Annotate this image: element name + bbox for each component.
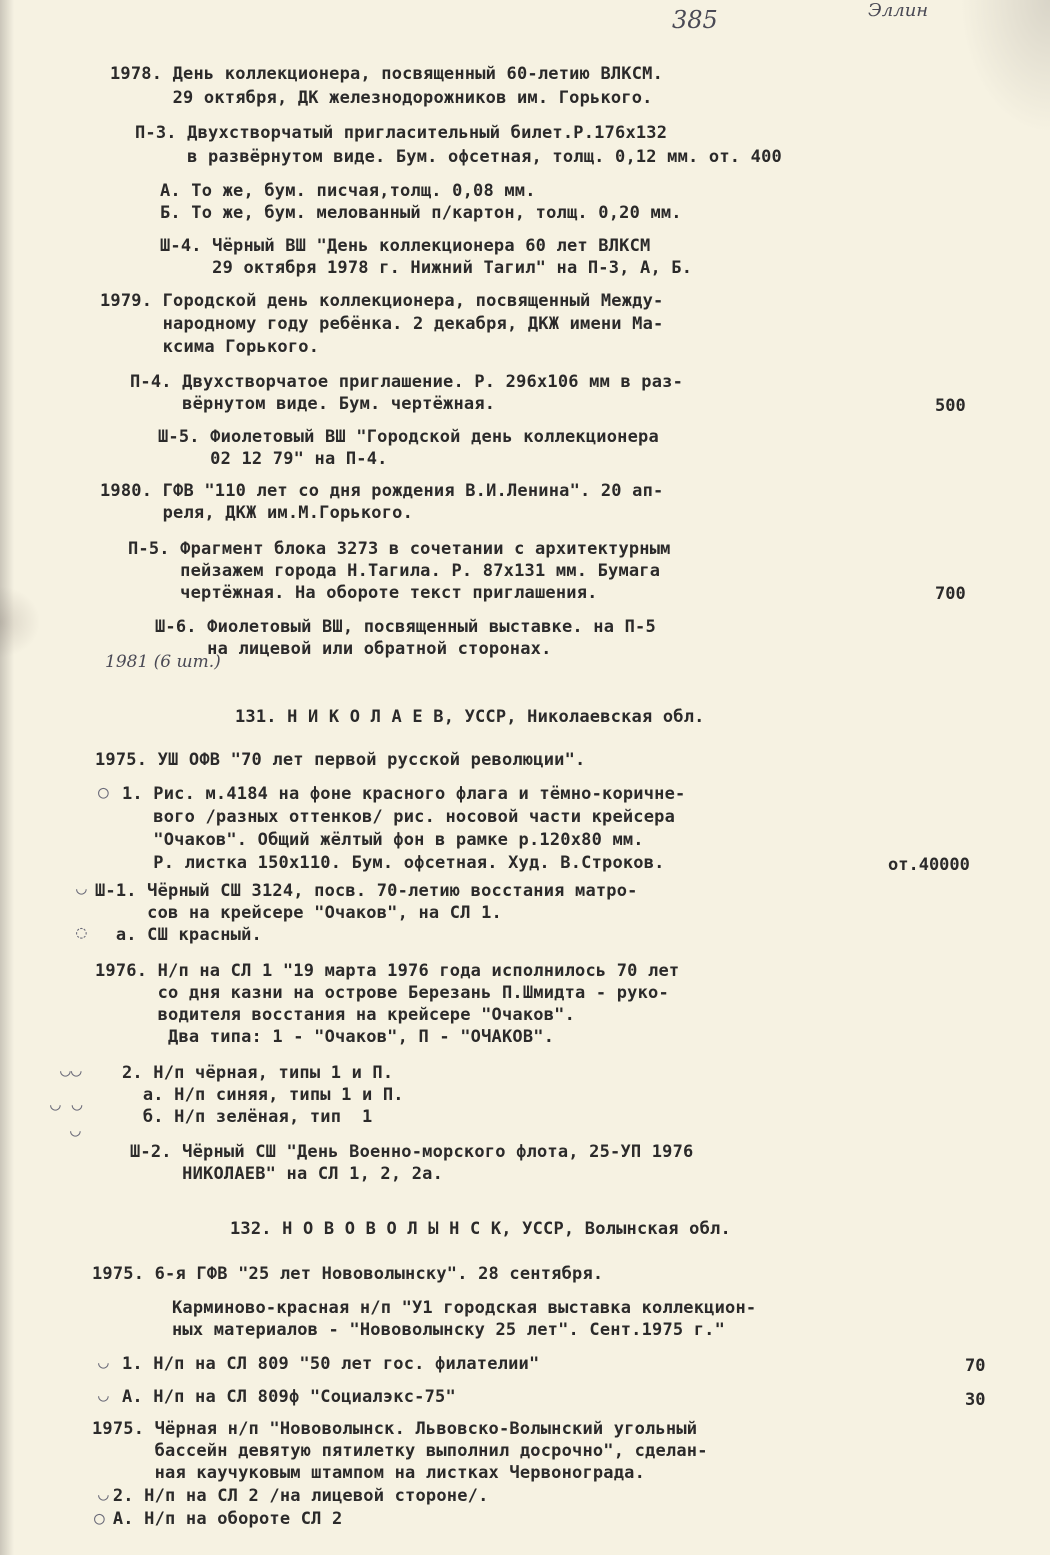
entry-np-2: 2. Н/п на СЛ 2 /на лицевой стороне/. (92, 1485, 489, 1507)
entry-p3-line1: П-3. Двухстворчатый пригласительный биле… (135, 122, 667, 144)
price-p5: 700 (935, 584, 966, 604)
entry-sh6-line1: Ш-6. Фиолетовый ВШ, посвященный выставке… (155, 616, 656, 638)
price-entry-1: от.40000 (888, 855, 970, 875)
entry-1980-line1: 1980. ГФВ "110 лет со дня рождения В.И.Л… (100, 480, 663, 502)
pencil-circle-mark: ○ (98, 782, 109, 803)
entry-carmine-line1: Карминово-красная н/п "У1 городская выст… (172, 1297, 756, 1319)
entry-1-line1: 1. Рис. м.4184 на фоне красного флага и … (122, 783, 685, 805)
entry-1-line3: "Очаков". Общий жёлтый фон в рамке р.120… (122, 829, 644, 851)
entry-sh4-line2: 29 октября 1978 г. Нижний Тагил" на П-3,… (160, 257, 692, 279)
handwritten-note: Эллин (868, 0, 928, 21)
entry-1979-line2: народному году ребёнка. 2 декабря, ДКЖ и… (100, 313, 663, 335)
entry-1975-black-line1: 1975. Чёрная н/п "Нововолынск. Львовско-… (92, 1418, 697, 1440)
section-heading-131: 131. Н И К О Л А Е В, УССР, Николаевская… (235, 706, 705, 728)
entry-1976-line1: 1976. Н/п на СЛ 1 "19 марта 1976 года ис… (95, 960, 679, 982)
entry-np-1: 1. Н/п на СЛ 809 "50 лет гос. филателии" (122, 1353, 539, 1375)
pencil-circle-mark: ◡ (98, 1385, 109, 1406)
pencil-circle-mark: ◌ (76, 922, 87, 943)
entry-sh1-a: а. СШ красный. (95, 924, 262, 946)
entry-1-line2: вого /разных оттенков/ рис. носовой част… (122, 806, 675, 828)
entry-p3-line2: в развёрнутом виде. Бум. офсетная, толщ.… (135, 146, 782, 168)
entry-np-a: А. Н/п на СЛ 809ф "Социалэкс-75" (122, 1386, 456, 1408)
entry-1975-black-line3: ная каучуковым штампом на листках Червон… (92, 1462, 645, 1484)
entry-sh1-line2: сов на крейсере "Очаков", на СЛ 1. (95, 902, 502, 924)
entry-a-line: А. То же, бум. писчая,толщ. 0,08 мм. (160, 180, 536, 202)
entry-1976-line3: водителя восстания на крейсере "Очаков". (95, 1004, 575, 1026)
entry-1976-line2: со дня казни на острове Березань П.Шмидт… (95, 982, 669, 1004)
scan-edge-shadow (0, 0, 14, 1555)
pencil-circle-mark: ◡◡ (60, 1060, 82, 1081)
entry-sh4-line1: Ш-4. Чёрный ВШ "День коллекционера 60 ле… (160, 235, 650, 257)
entry-1976-line4: Два типа: 1 - "Очаков", П - "ОЧАКОВ". (95, 1026, 554, 1048)
pencil-circle-mark: ◡ (76, 878, 87, 899)
entry-p4-line1: П-4. Двухстворчатое приглашение. Р. 296x… (130, 371, 683, 393)
pencil-circle-mark: ◡ (98, 1352, 109, 1373)
entry-1-line4: Р. листка 150x110. Бум. офсетная. Худ. В… (122, 852, 665, 874)
entry-sh2-line1: Ш-2. Чёрный СШ "День Военно-морского фло… (130, 1141, 693, 1163)
entry-1978-line1: 1978. День коллекционера, посвященный 60… (110, 63, 663, 85)
entry-2a-line: а. Н/п синяя, типы 1 и П. (122, 1084, 404, 1106)
price-np-a: 30 (965, 1390, 985, 1410)
entry-1979-line3: ксима Горького. (100, 336, 319, 358)
entry-1975-novovolynsk: 1975. 6-я ГФВ "25 лет Нововолынску". 28 … (92, 1263, 603, 1285)
entry-1980-line2: реля, ДКЖ им.М.Горького. (100, 502, 413, 524)
document-page: 385 Эллин 1981 (6 шт.) 1978. День коллек… (0, 0, 1050, 1555)
entry-sh6-line2: на лицевой или обратной сторонах. (155, 638, 552, 660)
entry-sh5-line1: Ш-5. Фиолетовый ВШ "Городской день колле… (158, 426, 659, 448)
entry-1978-line2: 29 октября, ДК железнодорожников им. Гор… (110, 87, 653, 109)
entry-p5-line3: чертёжная. На обороте текст приглашения. (128, 582, 598, 604)
entry-carmine-line2: ных материалов - "Нововолынску 25 лет". … (172, 1319, 725, 1341)
entry-b-line: Б. То же, бум. мелованный п/картон, толщ… (160, 202, 682, 224)
entry-1975-black-line2: бассейн девятую пятилетку выполнил досро… (92, 1440, 708, 1462)
entry-sh1-line1: Ш-1. Чёрный СШ 3124, посв. 70-летию восс… (95, 880, 638, 902)
pencil-circle-mark: ◡ (70, 1120, 81, 1141)
handwritten-page-number: 385 (672, 6, 718, 34)
entry-p5-line1: П-5. Фрагмент блока 3273 в сочетании с а… (128, 538, 671, 560)
entry-2-line: 2. Н/п чёрная, типы 1 и П. (122, 1062, 393, 1084)
section-heading-132: 132. Н О В О В О Л Ы Н С К, УССР, Волынс… (230, 1218, 731, 1240)
pencil-circle-mark: ◡ ◡ (50, 1094, 83, 1115)
entry-sh5-line2: 02 12 79" на П-4. (158, 448, 388, 470)
entry-np-2a: А. Н/п на обороте СЛ 2 (92, 1508, 342, 1530)
entry-sh2-line2: НИКОЛАЕВ" на СЛ 1, 2, 2а. (130, 1163, 443, 1185)
entry-2b-line: б. Н/п зелёная, тип 1 (122, 1106, 372, 1128)
entry-p4-line2: вёрнутом виде. Бум. чертёжная. (130, 393, 495, 415)
entry-1975-nikolaev: 1975. УШ ОФВ "70 лет первой русской рево… (95, 749, 585, 771)
entry-p5-line2: пейзажем города Н.Тагила. Р. 87x131 мм. … (128, 560, 660, 582)
entry-1979-line1: 1979. Городской день коллекционера, посв… (100, 290, 663, 312)
price-p4: 500 (935, 396, 966, 416)
price-np-1: 70 (965, 1356, 985, 1376)
